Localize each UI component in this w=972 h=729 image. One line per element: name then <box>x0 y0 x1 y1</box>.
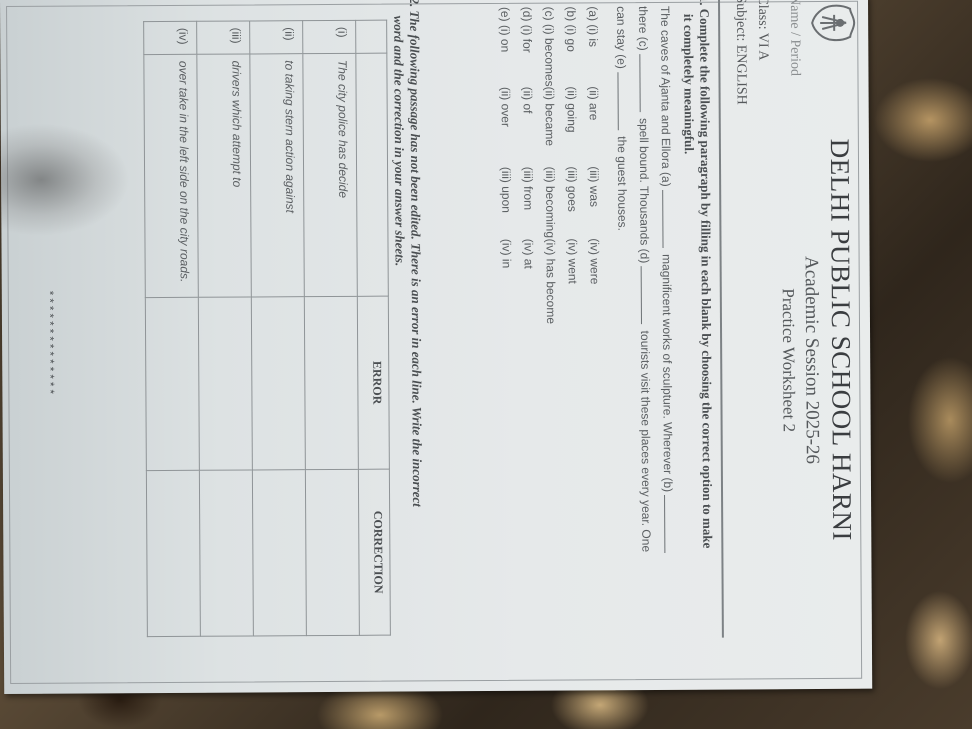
academic-session: Academic Session 2025-26 <box>798 35 824 685</box>
table-row: (i) The city police has decide <box>303 20 360 635</box>
table-row: (iii) drivers which attempt to <box>197 21 254 636</box>
school-name: DELHI PUBLIC SCHOOL HARNI <box>823 0 858 685</box>
option[interactable]: (ii) are <box>583 86 605 166</box>
end-of-worksheet-marker: ************** <box>42 290 55 396</box>
column-header-line <box>356 53 388 296</box>
correction-cell[interactable] <box>252 470 306 636</box>
option[interactable]: (ii) over <box>495 87 517 167</box>
option[interactable]: (e) (i) on <box>494 7 516 87</box>
error-cell[interactable] <box>304 296 358 469</box>
option[interactable]: (a) (i) is <box>582 6 604 86</box>
paragraph-text: there (c) <box>636 6 650 51</box>
question-2-text-line1: The following passage has not been edite… <box>407 10 425 507</box>
option[interactable]: (ii) of <box>517 87 539 167</box>
option[interactable]: (iv) at <box>517 239 540 359</box>
option[interactable]: (iv) in <box>495 239 518 359</box>
option[interactable]: (iii) goes <box>561 166 583 238</box>
paragraph-text: magnificent works of sculpture. Wherever… <box>660 254 675 492</box>
option-row-b: (b) (i) go (ii) going (iii) goes (iv) we… <box>560 6 584 358</box>
row-number: (iii) <box>197 21 250 54</box>
blank-e[interactable] <box>617 72 629 130</box>
option[interactable]: (c) (i) becomes <box>538 7 560 87</box>
row-number: (iv) <box>144 21 197 54</box>
error-cell[interactable] <box>251 297 305 470</box>
table-header-row: ERROR CORRECTION <box>356 20 391 635</box>
blank-b[interactable] <box>664 495 676 553</box>
question-1-options: (a) (i) is (ii) are (iii) was (iv) were … <box>494 6 606 359</box>
error-cell[interactable] <box>145 297 199 470</box>
passage-line: over take in the left side on the city r… <box>144 54 198 297</box>
column-header-correction: CORRECTION <box>358 469 390 635</box>
option[interactable]: (iii) was <box>583 166 605 238</box>
option[interactable]: (d) (i) for <box>516 7 538 87</box>
option-row-a: (a) (i) is (ii) are (iii) was (iv) were <box>582 6 606 358</box>
name-field-label: Name / Period <box>786 0 802 76</box>
option[interactable]: (iv) were <box>583 238 606 358</box>
option[interactable]: (iii) becoming <box>539 167 561 239</box>
blank-a[interactable] <box>662 190 674 248</box>
subject-label: Subject: ENGLISH <box>732 0 749 105</box>
row-number: (i) <box>303 20 356 53</box>
option-row-e: (e) (i) on (ii) over (iii) upon (iv) in <box>494 7 518 359</box>
question-1-paragraph: The caves of Ajanta and Ellora (a) magni… <box>610 6 680 666</box>
paragraph-text: The caves of Ajanta and Ellora (a) <box>658 6 673 187</box>
question-2-number: 2. <box>407 0 422 7</box>
column-header-num <box>356 20 387 53</box>
passage-line: to taking stern action against <box>250 54 304 297</box>
paragraph-text: spell bound. Thousands (d) <box>637 118 652 263</box>
worksheet-document: DELHI PUBLIC SCHOOL HARNI Academic Sessi… <box>0 0 866 690</box>
correction-cell[interactable] <box>146 470 200 636</box>
blank-c[interactable] <box>639 54 651 112</box>
row-number: (ii) <box>250 21 303 54</box>
question-2-instruction: 2. The following passage has not been ed… <box>390 0 426 678</box>
passage-line: drivers which attempt to <box>197 54 251 297</box>
paragraph-text: tourists visit these places every year. … <box>638 331 653 553</box>
blank-d[interactable] <box>641 266 653 324</box>
table-row: (iv) over take in the left side on the c… <box>144 21 201 636</box>
question-1-text-line1: Complete the following paragraph by fill… <box>697 9 715 549</box>
option[interactable]: (iv) went <box>561 238 584 358</box>
editing-table: ERROR CORRECTION (i) The city police has… <box>143 20 391 637</box>
question-1-number: 1. <box>697 0 712 5</box>
option[interactable]: (iii) from <box>517 167 539 239</box>
table-row: (ii) to taking stern action against <box>250 21 307 636</box>
class-label: Class: VI A <box>754 0 770 60</box>
correction-cell[interactable] <box>199 470 253 636</box>
option-row-c: (c) (i) becomes (ii) became (iii) becomi… <box>538 7 562 359</box>
paragraph-text: can stay (e) <box>614 6 628 69</box>
correction-cell[interactable] <box>305 469 359 635</box>
error-cell[interactable] <box>198 297 252 470</box>
option[interactable]: (b) (i) go <box>560 6 582 86</box>
option[interactable]: (ii) became <box>539 87 561 167</box>
option[interactable]: (ii) going <box>561 86 583 166</box>
paragraph-text: the guest houses. <box>615 136 630 231</box>
question-1-instruction: 1. Complete the following paragraph by f… <box>680 0 716 676</box>
worksheet-title: Practice Worksheet 2 <box>776 35 800 685</box>
option[interactable]: (iii) upon <box>495 167 517 239</box>
passage-line: The city police has decide <box>303 53 357 296</box>
option-row-d: (d) (i) for (ii) of (iii) from (iv) at <box>516 7 540 359</box>
column-header-error: ERROR <box>357 296 389 469</box>
worksheet-paper: DELHI PUBLIC SCHOOL HARNI Academic Sessi… <box>0 0 872 694</box>
option[interactable]: (iv) has become <box>539 239 562 359</box>
header-divider <box>718 0 724 638</box>
